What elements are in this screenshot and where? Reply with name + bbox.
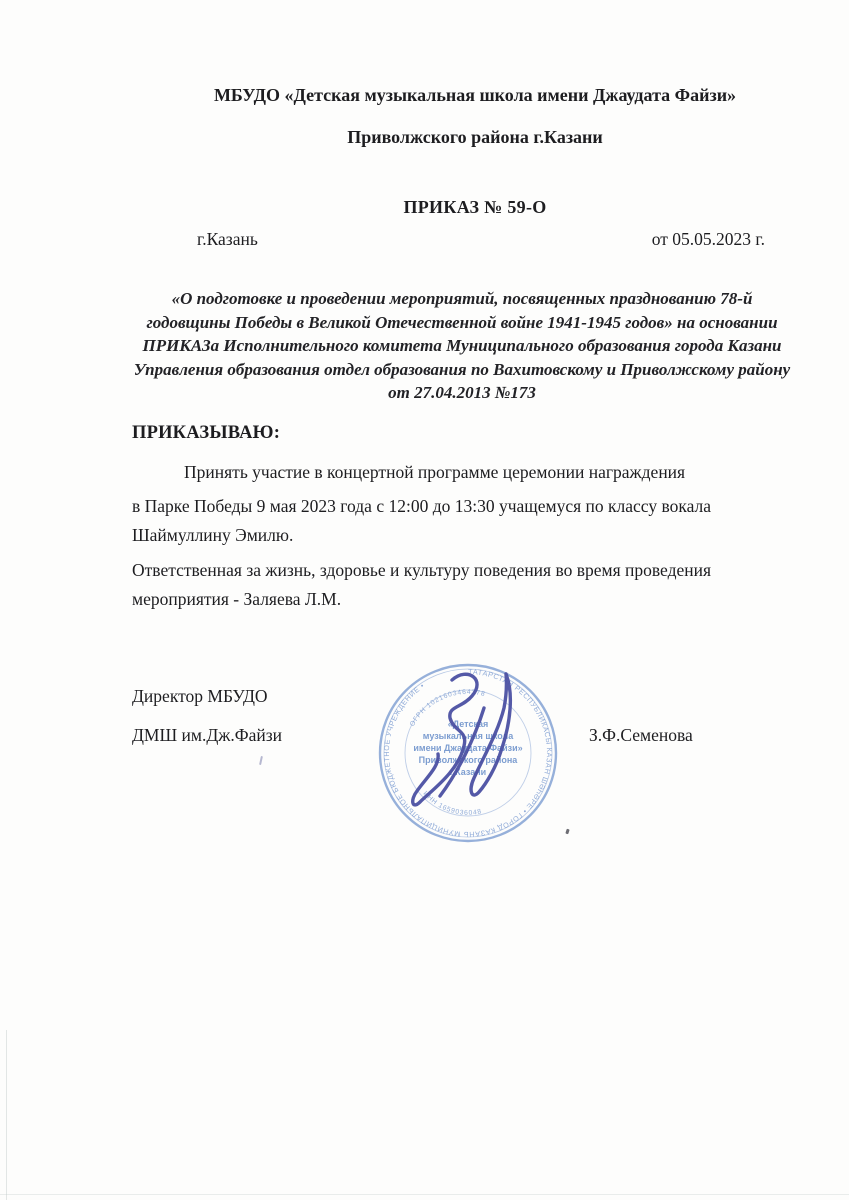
signature-position-line-1: Директор МБУДО [132, 686, 268, 707]
official-stamp-and-signature: ТАТАРСТАН РЕСПУБЛИКАСЫ КАЗАН ШӘҺӘРЕ • ГО… [362, 650, 574, 862]
scanned-order-document: МБУДО «Детская музыкальная школа имени Д… [0, 0, 849, 1200]
stamp-svg: ТАТАРСТАН РЕСПУБЛИКАСЫ КАЗАН ШӘҺӘРЕ • ГО… [362, 650, 574, 862]
signature-position-line-2: ДМШ им.Дж.Файзи [132, 725, 282, 746]
svg-text:Приволжского района: Приволжского района [419, 755, 519, 765]
scan-edge-artifact-left [6, 1030, 7, 1200]
body-paragraph-2: в Парке Победы 9 мая 2023 года с 12:00 д… [132, 492, 796, 549]
order-place: г.Казань [197, 229, 258, 250]
body-paragraph-1: Принять участие в концертной программе ц… [132, 458, 796, 487]
svg-text:музыкальная школа: музыкальная школа [423, 731, 514, 741]
body-paragraph-3: Ответственная за жизнь, здоровье и культ… [132, 556, 796, 613]
school-name-header: МБУДО «Детская музыкальная школа имени Д… [100, 84, 849, 106]
directive-heading: ПРИКАЗЫВАЮ: [132, 423, 280, 444]
order-title: ПРИКАЗ № 59-О [100, 196, 849, 218]
order-date: от 05.05.2023 г. [652, 229, 765, 250]
stray-pen-mark [259, 756, 263, 765]
signer-name: З.Ф.Семенова [589, 725, 693, 746]
school-district-header: Приволжского района г.Казани [100, 126, 849, 148]
order-subject-paragraph: «О подготовке и проведении мероприятий, … [130, 287, 794, 405]
scan-edge-artifact-bottom [0, 1194, 849, 1195]
